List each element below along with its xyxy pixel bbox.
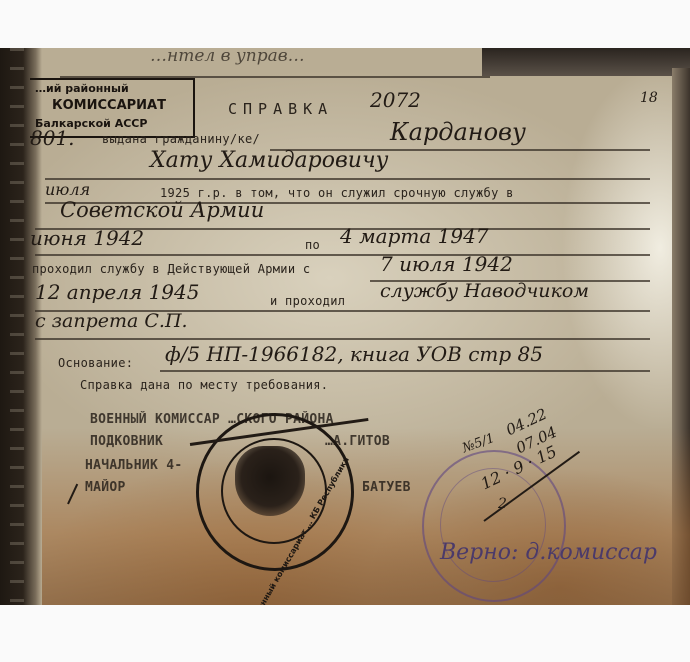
page-mark: 18 [640, 90, 658, 106]
active-army-end: 12 апреля 1945 [35, 280, 199, 304]
extra-note: с запрета С.П. [35, 310, 188, 332]
active-army-text: проходил службу в Действующей Армии с [32, 262, 310, 276]
document-title: СПРАВКА [228, 100, 333, 118]
round-seal-black: Военный комиссариат … КБ Республика [196, 413, 354, 571]
head-name: БАТУЕВ [362, 480, 411, 495]
document-number: 2072 [370, 88, 421, 112]
outgoing-number: 801. [30, 126, 75, 150]
surname: Карданову [390, 118, 526, 146]
coat-of-arms-emblem [235, 446, 305, 516]
violet-signature: Верно: д.комиссар [440, 540, 657, 565]
name-patronymic: Хату Хамидаровичу [150, 148, 388, 173]
document-photo: …нтел в управ… …ий районный КОМИССАРИАТ … [0, 48, 690, 605]
rank-major: МАЙОР [85, 480, 126, 495]
top-scribble: …нтел в управ… [150, 48, 305, 66]
birth-month: июля [45, 180, 90, 199]
army-name: Советской Армии [60, 198, 264, 222]
service-end: 4 марта 1947 [340, 224, 489, 248]
head-title: НАЧАЛЬНИК 4- [85, 458, 183, 473]
active-army-start: 7 июля 1942 [380, 252, 513, 276]
basis-value: ф/5 НП-1966182, книга УОВ стр 85 [165, 342, 543, 366]
lower-sepia-tone [42, 428, 690, 605]
note-bottom: 2 [498, 496, 507, 512]
rank-colonel: ПОДКОВНИК [90, 434, 163, 449]
rule-8 [35, 338, 650, 340]
issued-note: Справка дана по месту требования. [80, 378, 328, 392]
service-role: службу Наводчиком [380, 280, 589, 302]
and-served-label: и проходил [270, 294, 345, 308]
rule-basis [160, 370, 650, 372]
basis-label: Основание: [58, 356, 133, 370]
service-start: июня 1942 [30, 226, 144, 250]
rule-5 [35, 254, 650, 256]
rule-2 [45, 178, 650, 180]
dark-top-right-corner [482, 48, 690, 76]
to-label: по [305, 238, 320, 252]
issued-to-label: выдана гражданину/ке/ [102, 132, 260, 146]
stamp-line-1: …ий районный [35, 82, 129, 95]
stamp-line-2: КОМИССАРИАТ [52, 98, 166, 113]
